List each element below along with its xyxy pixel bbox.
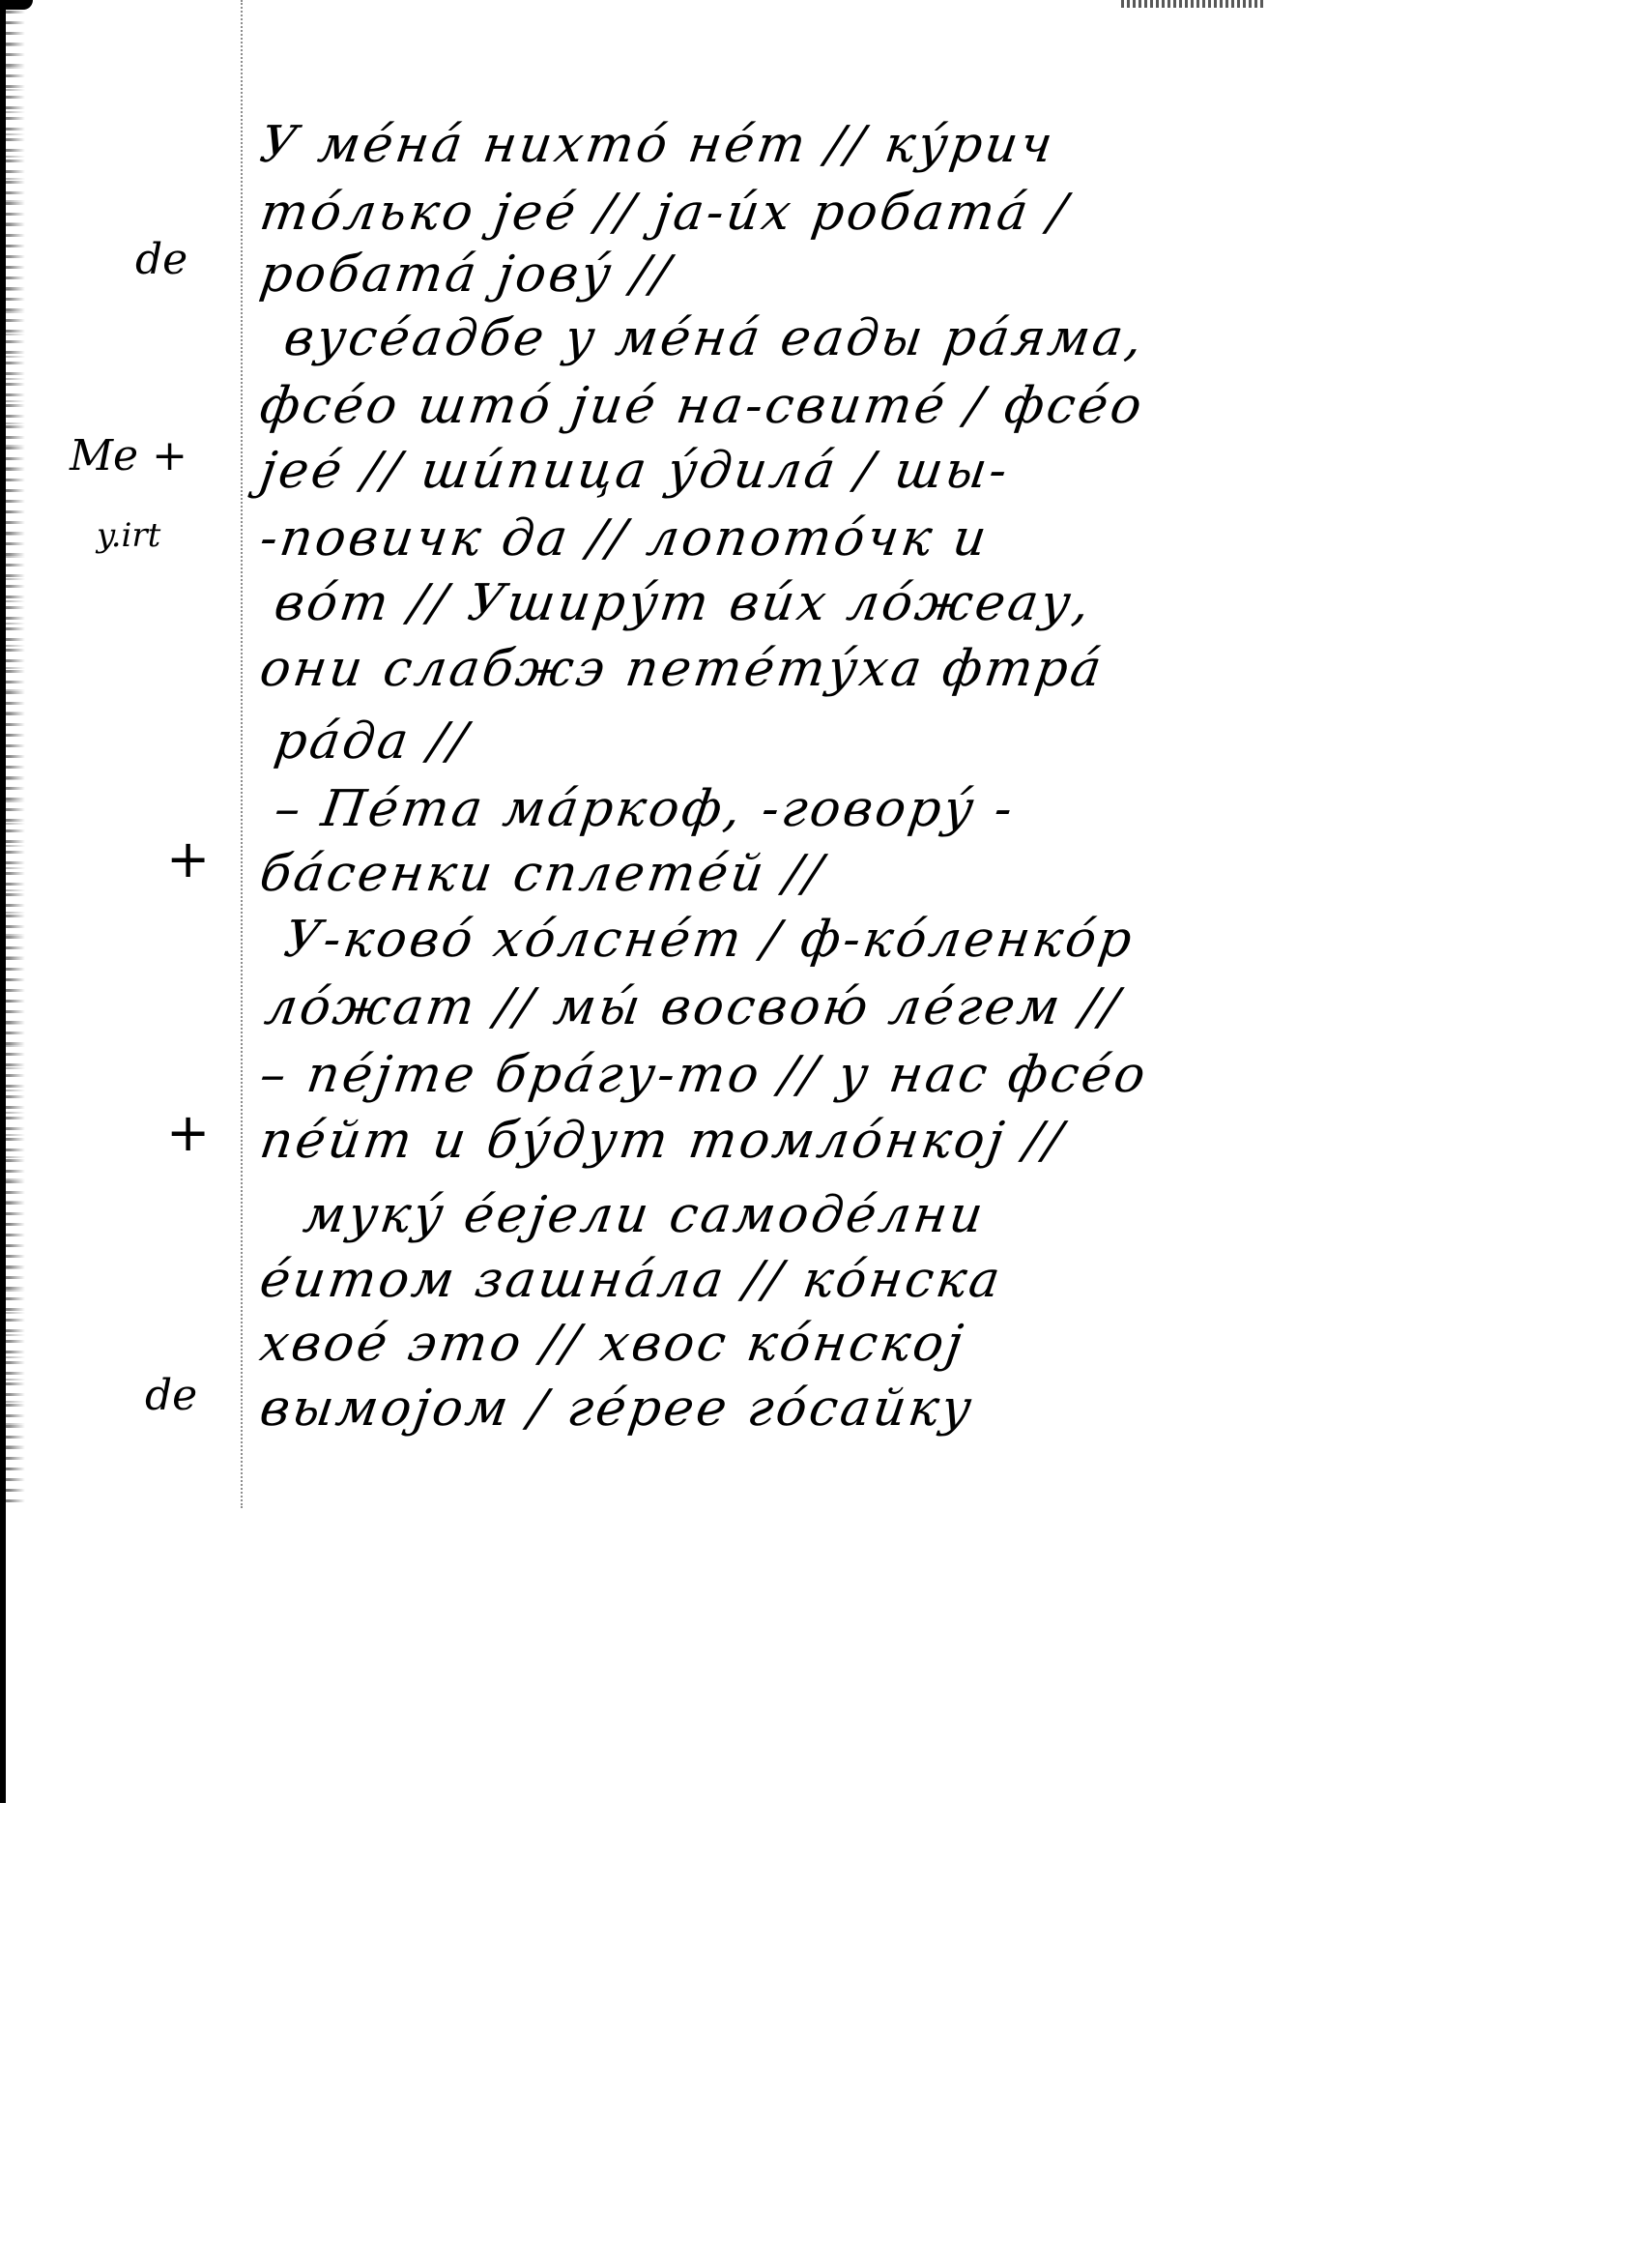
text-line: фсе́о што́ jие́ на-свите́ / фсе́о — [256, 375, 1347, 437]
text-line: – пе́jте бра́гу-то // у нас фсе́о — [256, 1044, 1347, 1106]
margin-note-plus-icon: + — [166, 836, 210, 883]
text-line: – Пе́та ма́ркоф, -говору́ - — [271, 778, 1362, 840]
text-line: хвое́ это // хвос ко́нскоj — [256, 1313, 1347, 1375]
scanned-page: У ме́на́ нихто́ не́т // ку́рич то́лько j… — [0, 0, 1643, 2268]
margin-note: de — [145, 1373, 197, 1419]
text-line: ра́да // — [271, 711, 1362, 772]
text-line: У-ково́ хо́лсне́т / ф-ко́ленко́р — [280, 909, 1371, 971]
scan-edge-noise — [0, 0, 25, 1508]
text-line: во́т // Уширу́т ви́х ло́жеау, — [271, 572, 1362, 634]
text-line: робата́ jову́ // — [256, 244, 1347, 305]
text-line: то́лько jее́ // jа-и́х робата́ / — [256, 182, 1347, 244]
text-line: е́итом зашна́ла // ко́нска — [256, 1249, 1347, 1311]
text-line: У ме́на́ нихто́ не́т // ку́рич — [256, 114, 1347, 176]
scan-top-smudge — [1121, 0, 1266, 8]
text-line: -повичк да // лопото́чк и — [256, 508, 1347, 569]
margin-note: Me + — [70, 433, 187, 480]
text-line: муку́ е́eјели самоде́лни — [300, 1184, 1391, 1246]
text-line: jее́ // ши́пица у́дила́ / шы- — [256, 440, 1347, 502]
text-line: ло́жат // мы́ восвою́ ле́гем // — [261, 976, 1352, 1038]
text-line: пе́йт и бу́дут томло́нкој // — [256, 1110, 1347, 1172]
margin-note-plus-icon: + — [166, 1110, 210, 1156]
margin-note: y.irt — [97, 512, 160, 559]
margin-rule — [241, 0, 243, 1508]
text-line: они слабжэ пете́ту́ха фтра́ — [256, 638, 1347, 700]
text-line: вымоjом / ге́рее го́сайку — [256, 1378, 1347, 1439]
scan-corner-artifact — [0, 0, 33, 10]
margin-note: de — [135, 237, 187, 283]
text-line: ба́сенки сплете́й // — [256, 843, 1347, 905]
text-line: вусе́адбе у ме́на́ еады ра́яма, — [280, 307, 1371, 369]
